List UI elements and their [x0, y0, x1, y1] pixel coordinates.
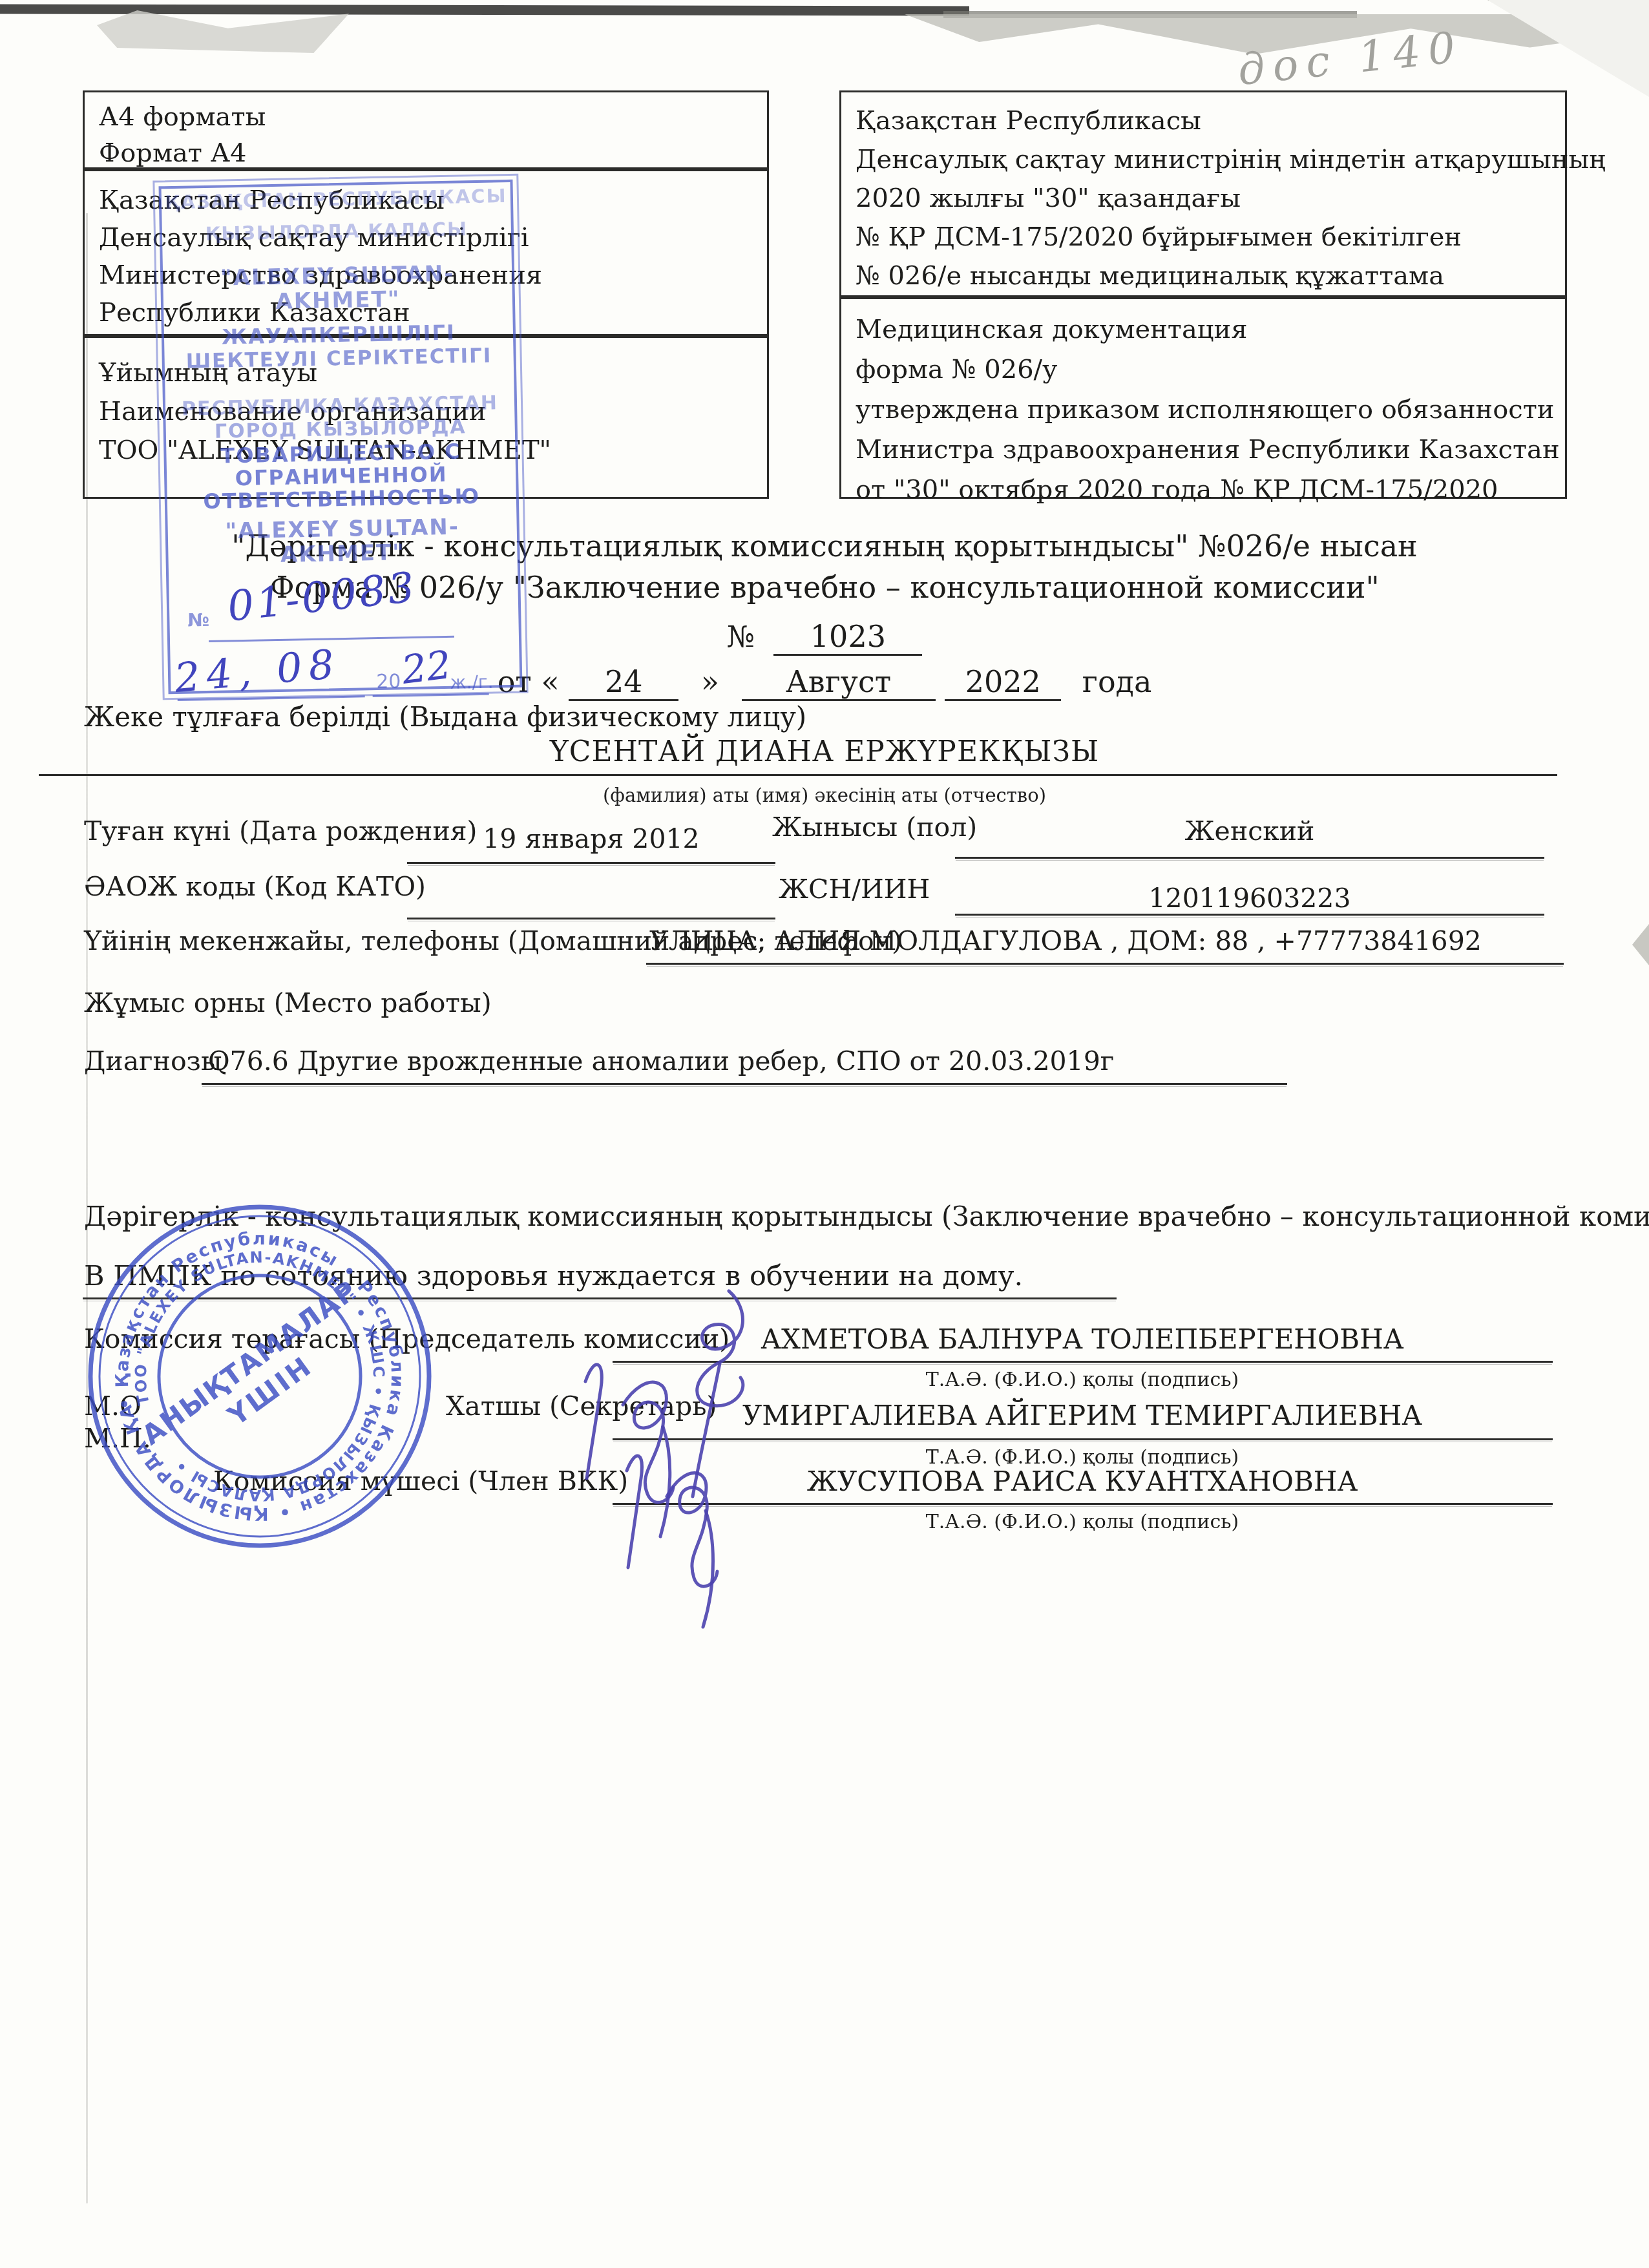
signature-stroke [585, 1365, 602, 1478]
number-label: № [727, 619, 755, 654]
date-month: Август [742, 664, 936, 701]
cell-line: А4 форматы [99, 99, 753, 135]
date-close-quote: » [688, 664, 732, 699]
cell-line: от "30" октября 2020 года № ҚР ДСМ-175/2… [856, 470, 1551, 510]
cell-line: Денсаулық сақтау министрінің міндетін ат… [856, 140, 1551, 179]
name-underline [39, 774, 1557, 776]
workplace-label: Жұмыс орны (Место работы) [84, 987, 492, 1018]
address-value: УЛИЦА: АЛИЯ МОЛДАГУЛОВА , ДОМ: 88 , +777… [649, 925, 1482, 956]
cell-line: Министра здравоохранения Республики Каза… [856, 430, 1551, 470]
scanned-document-page: дос 140 А4 форматы Формат А4 Қазақстан Р… [0, 0, 1649, 2268]
round-stamp: • Қазақстан Республикасы • Республика Ка… [79, 1195, 441, 1557]
birth-date-underline [407, 862, 775, 864]
address-underline [646, 963, 1564, 965]
date-year: 2022 [945, 664, 1061, 701]
table-cell-approval-kz: Қазақстан Республикасы Денсаулық сақтау … [839, 90, 1567, 297]
stamp-number-label: № [187, 609, 209, 631]
sex-label: Жынысы (пол) [772, 812, 977, 843]
cell-line: Формат А4 [99, 135, 753, 171]
iin-underline [955, 914, 1544, 916]
birth-date-value: 19 января 2012 [407, 823, 775, 854]
kato-label: ӘАОЖ коды (Код КАТО) [84, 871, 426, 902]
cell-line: № 026/е нысанды медициналық құжаттама [856, 257, 1551, 295]
kato-underline [407, 918, 775, 919]
scan-edge-notch [1632, 924, 1649, 965]
diagnosis-label: Диагнозы [84, 1045, 222, 1076]
patient-full-name: ҮСЕНТАЙ ДИАНА ЕРЖҮРЕКҚЫЗЫ [0, 735, 1649, 768]
cell-line: Қазақстан Республикасы [856, 101, 1551, 140]
stamp-number-handwritten: 01-0083 [226, 563, 419, 631]
cell-line: утверждена приказом исполняющего обязанн… [856, 390, 1551, 430]
stamp-line: ҚАЗАҚСТАН РЕСПУБЛИКАСЫ [162, 185, 511, 213]
rectangular-stamp: ҚАЗАҚСТАН РЕСПУБЛИКАСЫ ҚЫЗЫЛОРДА ҚАЛАСЫ … [159, 180, 523, 694]
svg-text:ТОО "ALEXEY SULTAN-AKHMET" • Ж: ТОО "ALEXEY SULTAN-AKHMET" • ЖШС • ҚЫЗЫЛ… [105, 1221, 415, 1531]
date-day: 24 [569, 664, 678, 701]
name-caption: (фамилия) аты (имя) әкесінің аты (отчест… [0, 784, 1649, 806]
scan-smudge [97, 10, 349, 53]
iin-label: ЖСН/ИИН [779, 874, 930, 905]
stamp-line: ҚЫЗЫЛОРДА ҚАЛАСЫ [162, 217, 512, 246]
stamp-date-suffix: ж./г. [450, 671, 494, 693]
member-signature [607, 1419, 756, 1632]
table-cell-approval-ru: Медицинская документация форма № 026/у у… [839, 297, 1567, 499]
table-cell-format: А4 форматы Формат А4 [83, 90, 769, 169]
date-suffix: года [1071, 664, 1152, 699]
corner-fold [1487, 0, 1649, 97]
cell-line: 2020 жылғы "30" қазандағы [856, 179, 1551, 218]
cell-line: форма № 026/у [856, 350, 1551, 390]
sex-underline [955, 857, 1544, 859]
issued-to-label: Жеке тұлғаға берілді (Выдана физическому… [84, 701, 806, 733]
sex-value: Женский [955, 815, 1544, 846]
cell-line: Медицинская документация [856, 310, 1551, 350]
cell-line: № ҚР ДСМ-175/2020 бұйрығымен бекітілген [856, 218, 1551, 257]
stamp-ring-text-inner: ТОО "ALEXEY SULTAN-AKHMET" • ЖШС • ҚЫЗЫЛ… [105, 1221, 415, 1531]
diagnosis-underline [202, 1083, 1287, 1085]
iin-value: 120119603223 [955, 883, 1544, 914]
stamp-year-handwritten: 22 [399, 642, 454, 693]
stamp-year-printed: 20 [376, 670, 401, 693]
number-value: 1023 [773, 619, 922, 656]
signature-stroke [627, 1456, 642, 1568]
diagnosis-value: Q76.6 Другие врожденные аномалии ребер, … [208, 1045, 1114, 1076]
